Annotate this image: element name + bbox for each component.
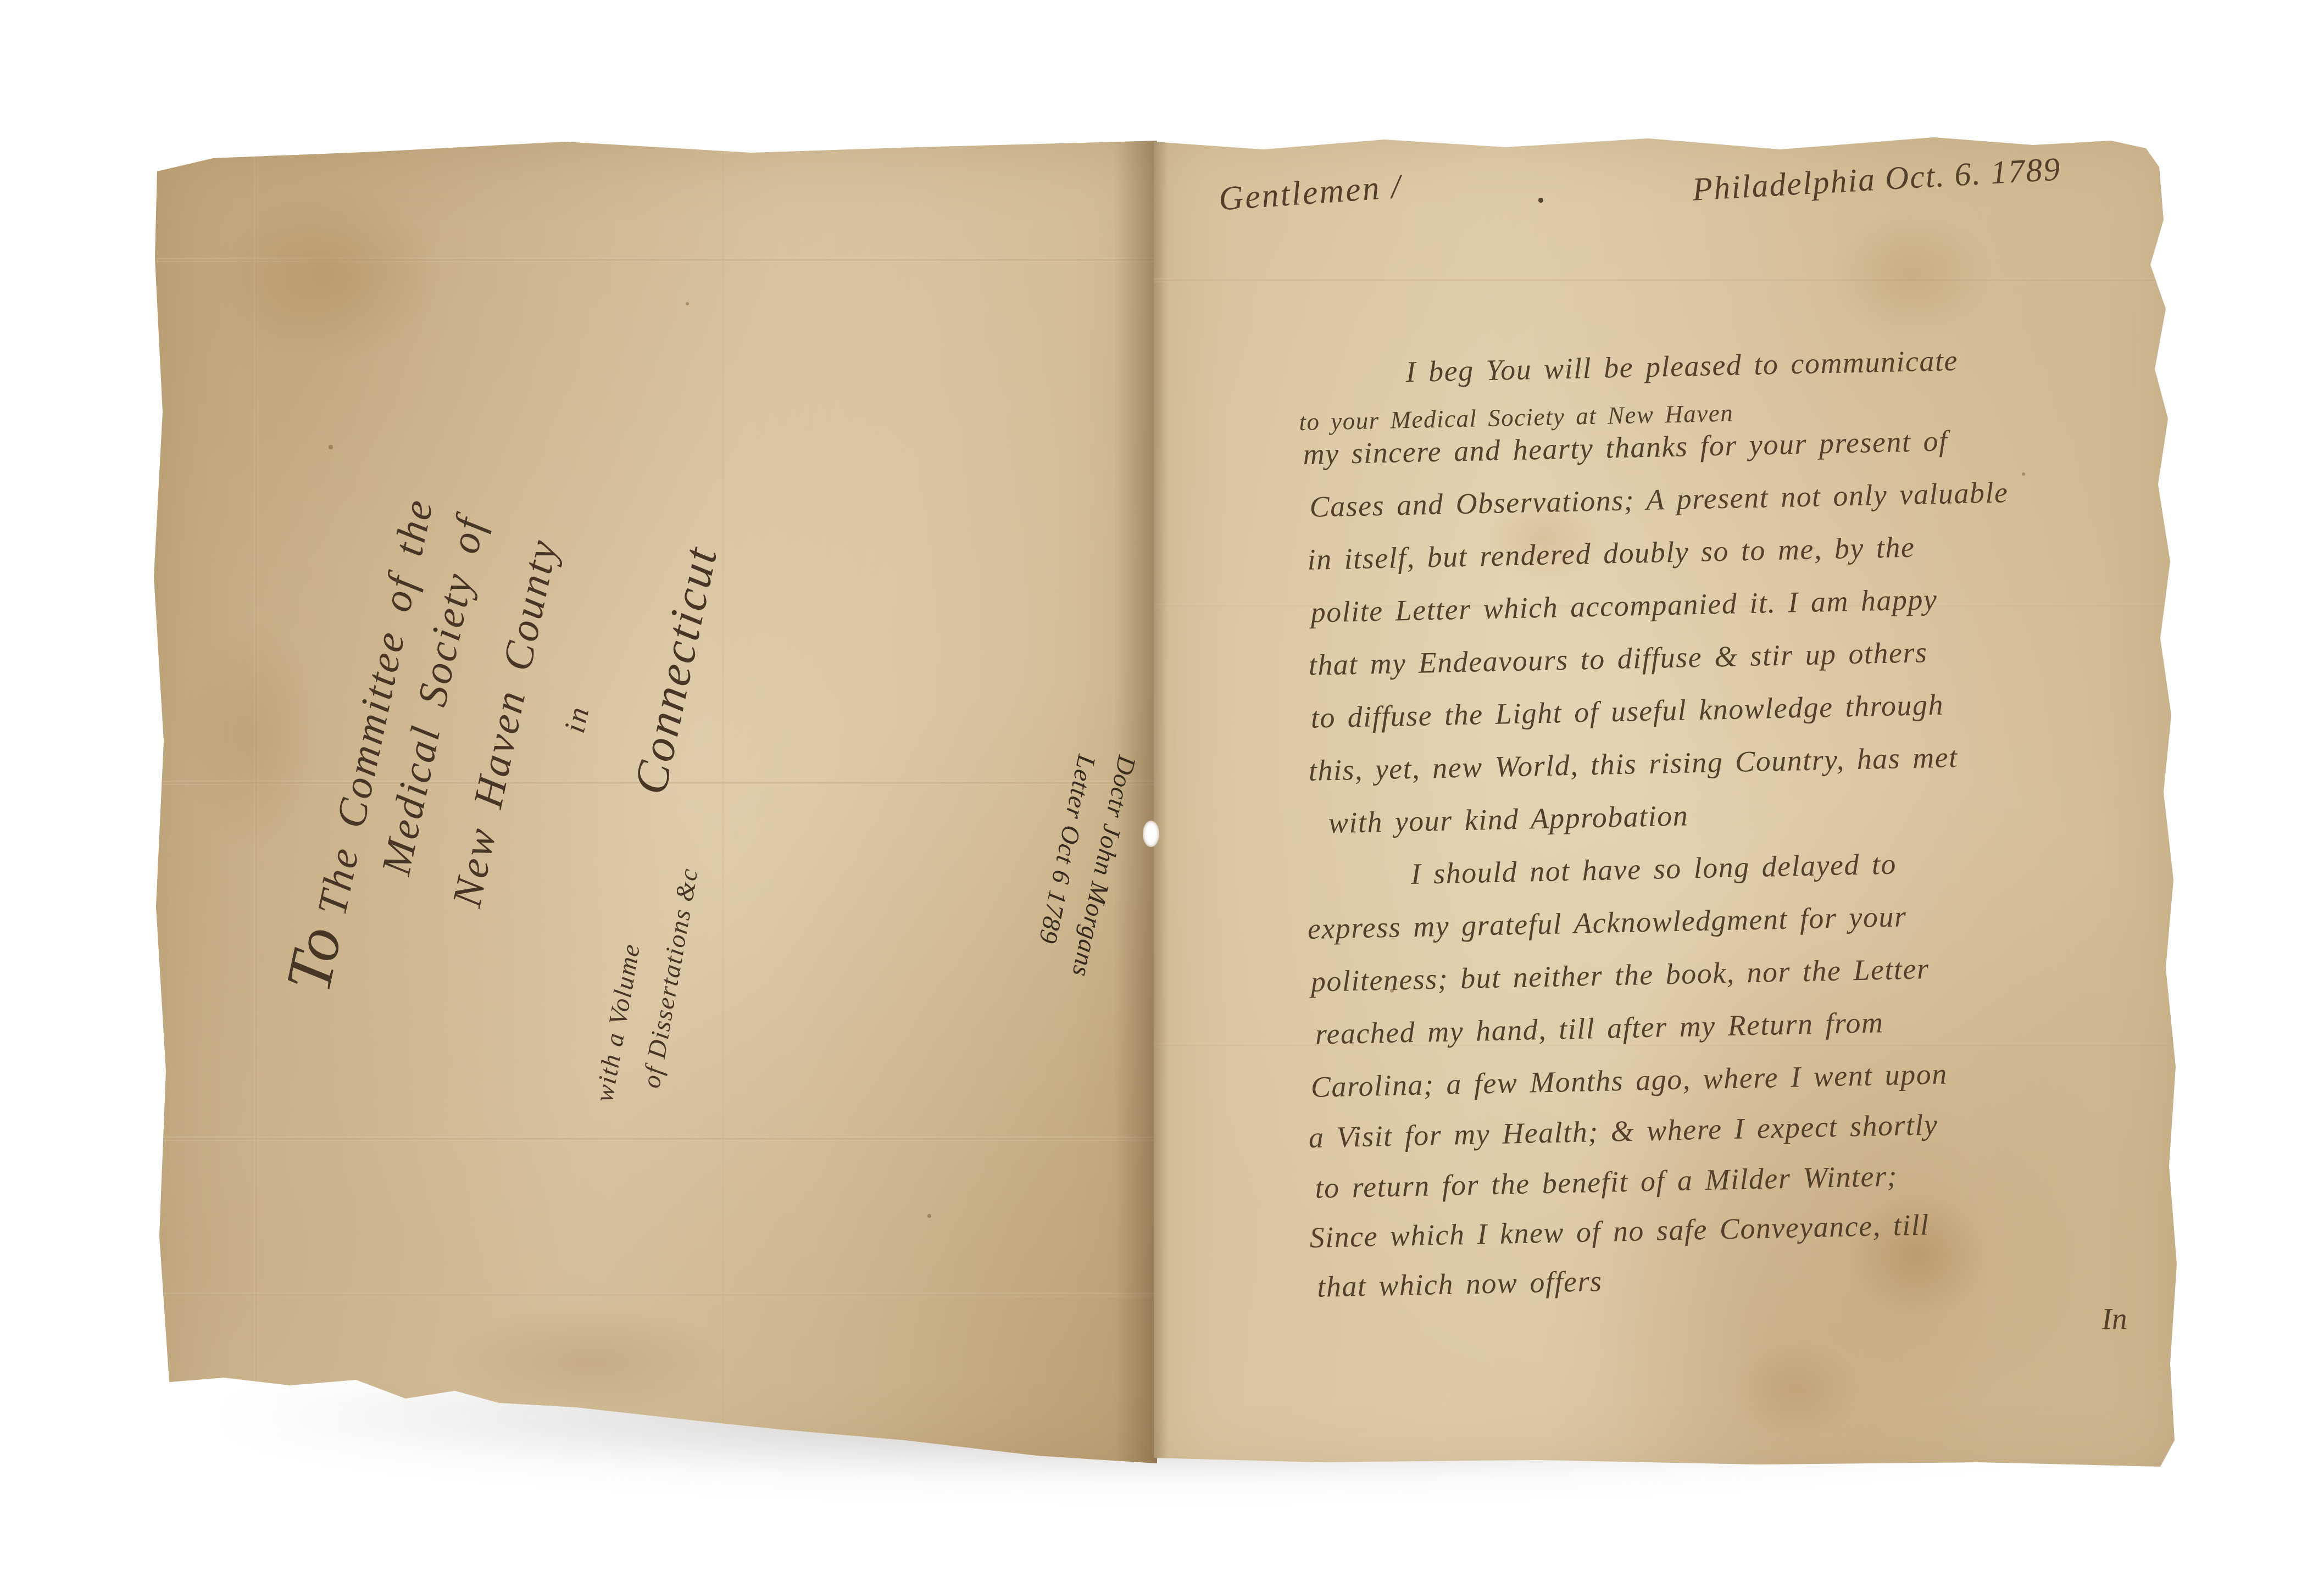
paper-speck: [329, 445, 333, 449]
body-line: Since which I knew of no safe Conveyance…: [1309, 1207, 1930, 1255]
body-line: that which now offers: [1317, 1264, 1603, 1304]
body-line: that my Endeavours to diffuse & stir up …: [1308, 635, 1928, 682]
paper-speck: [927, 1214, 931, 1218]
body-line: to return for the benefit of a Milder Wi…: [1315, 1159, 1898, 1205]
body-line: in itself, but rendered doubly so to me,…: [1307, 530, 1915, 577]
paper-hole: [1143, 821, 1159, 847]
fold-crease: [721, 137, 725, 1467]
letter-first-page: Gentlemen / Philadelphia Oct. 6. 1789 I …: [1154, 132, 2181, 1478]
address-to: To: [272, 905, 359, 998]
body-line: Cases and Observations; A present not on…: [1309, 475, 2009, 524]
center-fold-shadow: [1114, 137, 1158, 1467]
body-line: to diffuse the Light of useful knowledge…: [1310, 688, 1944, 735]
body-line: Carolina; a few Months ago, where I went…: [1310, 1057, 1948, 1104]
body-line: reached my hand, till after my Return fr…: [1315, 1005, 1884, 1051]
catchword: In: [2101, 1301, 2127, 1337]
body-line: a Visit for my Health; & where I expect …: [1308, 1107, 1938, 1155]
letter-body: I beg You will be pleased to communicate…: [1149, 114, 2204, 1481]
paper-stain: [180, 621, 323, 851]
body-line: this, yet, new World, this rising Countr…: [1308, 740, 1958, 788]
address-block: ToThe Committee of the Medical Society o…: [271, 311, 790, 1062]
body-line: with your kind Approbation: [1328, 798, 1689, 840]
paper-speck: [686, 302, 689, 305]
address-leaf: ToThe Committee of the Medical Society o…: [147, 137, 1158, 1467]
body-line: express my grateful Acknowledgment for y…: [1307, 899, 1907, 946]
body-line: polite Letter which accompanied it. I am…: [1310, 582, 1938, 630]
photograph-background: ToThe Committee of the Medical Society o…: [0, 0, 2324, 1582]
body-line: I should not have so long delayed to: [1410, 847, 1897, 892]
fold-crease: [147, 1293, 1158, 1296]
fold-crease: [147, 1137, 1158, 1140]
body-line: politeness; but neither the book, nor th…: [1310, 951, 1930, 999]
body-line: I beg You will be pleased to communicate: [1405, 343, 1958, 389]
